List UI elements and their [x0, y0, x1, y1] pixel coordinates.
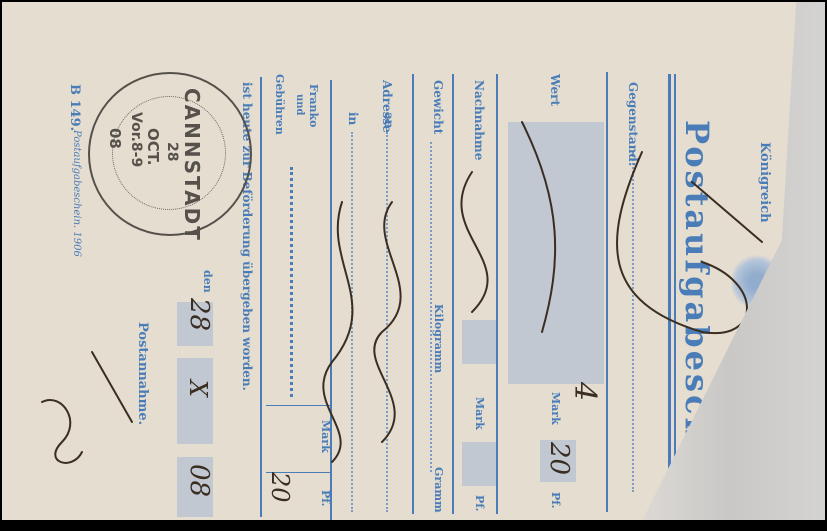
scanned-document: Aufgabe-Nr. Königreich Postaufgabeschein… — [2, 2, 825, 520]
